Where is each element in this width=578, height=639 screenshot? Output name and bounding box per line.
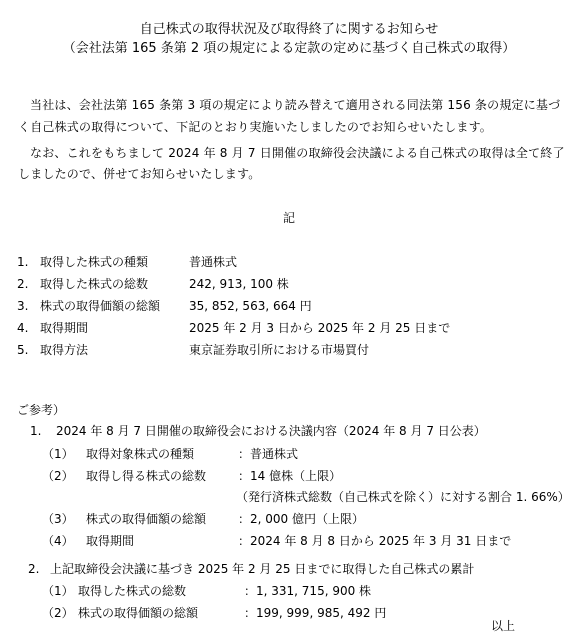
item-label: 株式の取得価額の総額: [78, 605, 198, 621]
item-value: ：1, 331, 715, 900 株: [244, 583, 371, 599]
item-label: 取得期間: [86, 533, 134, 549]
detail-value: 2025 年 2 月 3 日から 2025 年 2 月 25 日まで: [189, 320, 450, 336]
item-number: （3）: [42, 511, 74, 527]
item-note: （発行済株式総数（自己株式を除く）に対する割合 1. 66%）: [236, 489, 570, 505]
reference-section-1-title: 2024 年 8 月 7 日開催の取締役会における決議内容（2024 年 8 月…: [56, 423, 486, 439]
reference-heading: ご参考）: [17, 402, 65, 418]
detail-value: 東京証券取引所における市場買付: [189, 342, 369, 358]
item-label: 株式の取得価額の総額: [86, 511, 206, 527]
detail-number: 2.: [17, 276, 28, 292]
item-number: （2）: [42, 605, 74, 621]
document-subtitle: （会社法第 165 条第 2 項の規定による定款の定めに基づく自己株式の取得）: [0, 41, 578, 57]
reference-section-2-number: 2.: [28, 561, 39, 577]
detail-number: 5.: [17, 342, 28, 358]
detail-label: 取得した株式の総数: [40, 276, 148, 292]
closing-ijou: 以上: [491, 618, 515, 634]
item-label: 取得対象株式の種類: [86, 446, 194, 462]
item-value: ：2, 000 億円（上限）: [238, 511, 364, 527]
detail-number: 3.: [17, 298, 28, 314]
item-number: （2）: [42, 468, 74, 484]
paragraph-1-line-1: 当社は、会社法第 165 条第 3 項の規定により読み替えて適用される同法第 1…: [30, 97, 560, 113]
item-number: （1）: [42, 583, 74, 599]
paragraph-2-line-1: なお、これをもちまして 2024 年 8 月 7 日開催の取締役会決議による自己…: [30, 145, 565, 161]
item-value: ：2024 年 8 月 8 日から 2025 年 3 月 31 日まで: [238, 533, 511, 549]
item-label: 取得し得る株式の総数: [86, 468, 206, 484]
detail-label: 取得した株式の種類: [40, 254, 148, 270]
item-number: （1）: [42, 446, 74, 462]
item-value: ：14 億株（上限）: [238, 468, 341, 484]
paragraph-2-line-2: しましたので、併せてお知らせいたします。: [18, 166, 260, 182]
detail-value: 普通株式: [189, 254, 237, 270]
detail-number: 4.: [17, 320, 28, 336]
detail-value: 35, 852, 563, 664 円: [189, 298, 312, 314]
detail-value: 242, 913, 100 株: [189, 276, 289, 292]
reference-section-1-number: 1.: [30, 423, 41, 439]
paragraph-1-line-2: く自己株式の取得について、下記のとおり実施いたしましたのでお知らせいたします。: [18, 119, 492, 135]
item-label: 取得した株式の総数: [78, 583, 186, 599]
ki-marker: 記: [0, 210, 578, 226]
detail-label: 株式の取得価額の総額: [40, 298, 160, 314]
item-number: （4）: [42, 533, 74, 549]
item-value: ：普通株式: [238, 446, 298, 462]
detail-label: 取得期間: [40, 320, 88, 336]
detail-number: 1.: [17, 254, 28, 270]
item-value: ：199, 999, 985, 492 円: [244, 605, 386, 621]
reference-section-2-title: 上記取締役会決議に基づき 2025 年 2 月 25 日までに取得した自己株式の…: [50, 561, 474, 577]
detail-label: 取得方法: [40, 342, 88, 358]
document-title: 自己株式の取得状況及び取得終了に関するお知らせ: [0, 22, 578, 38]
